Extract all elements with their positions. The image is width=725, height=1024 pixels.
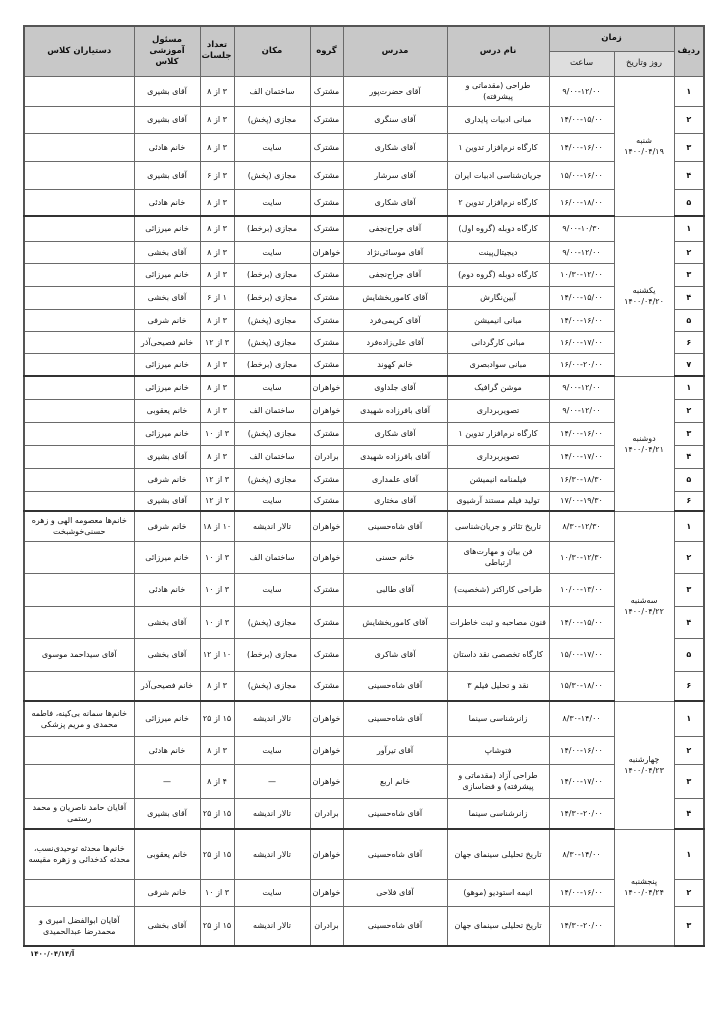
course-cell: فنون مصاحبه و ثبت خاطرات — [447, 606, 549, 638]
time-cell: ۱۴/۰۰-۱۶/۰۰ — [549, 133, 614, 161]
row-number: ۲ — [674, 879, 704, 906]
day-name: یکشنبه — [617, 285, 672, 296]
row-number: ۱ — [674, 701, 704, 736]
sessions-cell: ۳ از ۸ — [200, 76, 234, 106]
teacher-cell: آقای شاه‌حسینی — [343, 829, 447, 879]
header-hour: ساعت — [549, 51, 614, 76]
day-date: ۱۴۰۰/۰۴/۲۰ — [617, 296, 672, 307]
assistants-cell — [24, 133, 134, 161]
table-row: ۶۱۵/۳۰-۱۸/۰۰نقد و تحلیل فیلم ۳آقای شاه‌ح… — [24, 671, 704, 701]
group-cell: مشترک — [310, 286, 343, 309]
sessions-cell: ۳ از ۸ — [200, 736, 234, 764]
teacher-cell: خانم کهوند — [343, 353, 447, 376]
place-cell: مجازی (پخش) — [234, 161, 310, 189]
group-cell: خواهران — [310, 241, 343, 263]
day-date-cell: چهارشنبه۱۴۰۰/۰۴/۲۳ — [614, 701, 674, 829]
table-row: ۲۹/۰۰-۱۲/۰۰تصویربرداریآقای بافرزاده شهید… — [24, 399, 704, 422]
group-cell: خواهران — [310, 736, 343, 764]
place-cell: ساختمان الف — [234, 541, 310, 573]
sessions-cell: ۱۵ از ۲۵ — [200, 798, 234, 829]
row-number: ۳ — [674, 422, 704, 445]
table-row: ۲۱۰/۳۰-۱۲/۳۰فن بیان و مهارت‌های ارتباطیخ… — [24, 541, 704, 573]
assistants-cell — [24, 331, 134, 353]
responsible-cell: آقای بشیری — [134, 161, 200, 189]
time-cell: ۱۴/۰۰-۱۶/۰۰ — [549, 422, 614, 445]
row-number: ۲ — [674, 241, 704, 263]
course-cell: جریان‌شناسی ادبیات ایران — [447, 161, 549, 189]
teacher-cell: خانم حسنی — [343, 541, 447, 573]
table-row: ۴۱۴/۰۰-۱۵/۰۰آیین‌نگارشآقای کاموربخشایشمش… — [24, 286, 704, 309]
assistants-cell — [24, 764, 134, 798]
group-cell: برادران — [310, 445, 343, 468]
responsible-cell: خانم میرزائی — [134, 216, 200, 241]
row-number: ۱ — [674, 511, 704, 541]
assistants-cell — [24, 241, 134, 263]
header-sessions: تعداد جلسات — [200, 26, 234, 76]
table-row: ۱دوشنبه۱۴۰۰/۰۴/۲۱۹/۰۰-۱۲/۰۰موشن گرافیکآق… — [24, 376, 704, 399]
row-number: ۲ — [674, 106, 704, 133]
assistants-cell — [24, 671, 134, 701]
group-cell: خواهران — [310, 376, 343, 399]
responsible-cell: خانم شرفی — [134, 468, 200, 491]
time-cell: ۱۶/۰۰-۱۷/۰۰ — [549, 331, 614, 353]
group-cell: مشترک — [310, 468, 343, 491]
course-cell: تصویربرداری — [447, 445, 549, 468]
place-cell: سایت — [234, 376, 310, 399]
course-cell: تاریخ تحلیلی سینمای جهان — [447, 829, 549, 879]
sessions-cell: ۱۰ از ۱۸ — [200, 511, 234, 541]
course-cell: تصویربرداری — [447, 399, 549, 422]
course-cell: تاریخ تئاتر و جریان‌شناسی — [447, 511, 549, 541]
sessions-cell: ۳ از ۸ — [200, 189, 234, 216]
sessions-cell: ۳ از ۱۲ — [200, 331, 234, 353]
teacher-cell: خانم اربع — [343, 764, 447, 798]
sessions-cell: ۳ از ۱۲ — [200, 468, 234, 491]
table-row: ۵۱۶/۰۰-۱۸/۰۰کارگاه نرم‌افزار تدوین ۲آقای… — [24, 189, 704, 216]
table-row: ۳۱۴/۰۰-۱۷/۰۰طراحی آزاد (مقدماتی و پیشرفت… — [24, 764, 704, 798]
group-cell: مشترک — [310, 309, 343, 331]
place-cell: مجازی (پخش) — [234, 422, 310, 445]
assistants-cell: آقای سیداحمد موسوی — [24, 638, 134, 671]
group-cell: مشترک — [310, 606, 343, 638]
time-cell: ۱۷/۰۰-۱۹/۳۰ — [549, 491, 614, 511]
place-cell: مجازی (پخش) — [234, 468, 310, 491]
course-cell: تولید فیلم مستند آرشیوی — [447, 491, 549, 511]
place-cell: تالار اندیشه — [234, 829, 310, 879]
group-cell: خواهران — [310, 829, 343, 879]
responsible-cell: آقای بخشی — [134, 906, 200, 946]
place-cell: مجازی (برخط) — [234, 638, 310, 671]
sessions-cell: ۱۵ از ۲۵ — [200, 701, 234, 736]
table-row: ۴۱۴/۰۰-۱۵/۰۰فنون مصاحبه و ثبت خاطراتآقای… — [24, 606, 704, 638]
sessions-cell: ۳ از ۶ — [200, 161, 234, 189]
row-number: ۲ — [674, 399, 704, 422]
table-row: ۱یکشنبه۱۴۰۰/۰۴/۲۰۹/۰۰-۱۰/۳۰کارگاه دوبله … — [24, 216, 704, 241]
row-number: ۴ — [674, 606, 704, 638]
day-name: سه‌شنبه — [617, 595, 672, 606]
table-row: ۳۱۰/۰۰-۱۳/۰۰طراحی کاراکتر (شخصیت)آقای طا… — [24, 573, 704, 606]
teacher-cell: آقای کریمی‌فرد — [343, 309, 447, 331]
responsible-cell: خانم هادئی — [134, 189, 200, 216]
group-cell: مشترک — [310, 263, 343, 286]
time-cell: ۸/۳۰-۱۴/۰۰ — [549, 829, 614, 879]
place-cell: مجازی (برخط) — [234, 263, 310, 286]
row-number: ۵ — [674, 189, 704, 216]
row-number: ۴ — [674, 286, 704, 309]
place-cell: مجازی (پخش) — [234, 606, 310, 638]
table-row: ۱سه‌شنبه۱۴۰۰/۰۴/۲۲۸/۳۰-۱۲/۳۰تاریخ تئاتر … — [24, 511, 704, 541]
time-cell: ۱۴/۰۰-۱۶/۰۰ — [549, 879, 614, 906]
responsible-cell: آقای بشیری — [134, 106, 200, 133]
responsible-cell: آقای بخشی — [134, 286, 200, 309]
day-date: ۱۴۰۰/۰۴/۲۳ — [617, 765, 672, 776]
teacher-cell: آقای سنگری — [343, 106, 447, 133]
course-cell: کارگاه نرم‌افزار تدوین ۲ — [447, 189, 549, 216]
time-cell: ۱۴/۰۰-۱۵/۰۰ — [549, 106, 614, 133]
course-cell: کارگاه نرم‌افزار تدوین ۱ — [447, 133, 549, 161]
header-day-date: روز وتاریخ — [614, 51, 674, 76]
row-number: ۲ — [674, 736, 704, 764]
teacher-cell: آقای علی‌زاده‌فرد — [343, 331, 447, 353]
teacher-cell: آقای فلاحی — [343, 879, 447, 906]
assistants-cell — [24, 468, 134, 491]
responsible-cell: — — [134, 764, 200, 798]
table-row: ۲۱۴/۰۰-۱۵/۰۰مبانی ادبیات پایداریآقای سنگ… — [24, 106, 704, 133]
teacher-cell: آقای جراح‌نجفی — [343, 216, 447, 241]
group-cell: مشترک — [310, 161, 343, 189]
responsible-cell: خانم میرزائی — [134, 376, 200, 399]
row-number: ۱ — [674, 829, 704, 879]
sessions-cell: ۳ از ۸ — [200, 133, 234, 161]
place-cell: مجازی (برخط) — [234, 216, 310, 241]
row-number: ۱ — [674, 76, 704, 106]
day-name: شنبه — [617, 135, 672, 146]
time-cell: ۱۴/۳۰-۲۰/۰۰ — [549, 798, 614, 829]
row-number: ۳ — [674, 573, 704, 606]
table-header: ردیف زمان نام درس مدرس گروه مکان تعداد ج… — [24, 26, 704, 76]
group-cell: مشترک — [310, 106, 343, 133]
header-time: زمان — [549, 26, 674, 51]
assistants-cell — [24, 399, 134, 422]
place-cell: مجازی (پخش) — [234, 671, 310, 701]
responsible-cell: خانم هادئی — [134, 133, 200, 161]
row-number: ۴ — [674, 445, 704, 468]
time-cell: ۱۴/۰۰-۱۷/۰۰ — [549, 445, 614, 468]
place-cell: تالار اندیشه — [234, 701, 310, 736]
sessions-cell: ۲ از ۱۲ — [200, 491, 234, 511]
header-teacher: مدرس — [343, 26, 447, 76]
responsible-cell: آقای بشیری — [134, 445, 200, 468]
teacher-cell: آقای جراح‌نجفی — [343, 263, 447, 286]
assistants-cell — [24, 263, 134, 286]
table-row: ۲۱۴/۰۰-۱۶/۰۰انیمه استودیو (موهو)آقای فلا… — [24, 879, 704, 906]
row-number: ۶ — [674, 331, 704, 353]
table-row: ۶۱۷/۰۰-۱۹/۳۰تولید فیلم مستند آرشیویآقای … — [24, 491, 704, 511]
group-cell: مشترک — [310, 422, 343, 445]
day-date: ۱۴۰۰/۰۴/۲۱ — [617, 444, 672, 455]
teacher-cell: آقای شاه‌حسینی — [343, 671, 447, 701]
row-number: ۵ — [674, 468, 704, 491]
responsible-cell: خانم شرفی — [134, 879, 200, 906]
group-cell: خواهران — [310, 879, 343, 906]
sessions-cell: ۳ از ۸ — [200, 445, 234, 468]
table-row: ۵۱۶/۳۰-۱۸/۳۰فیلمنامه انیمیشنآقای علمداری… — [24, 468, 704, 491]
row-number: ۳ — [674, 263, 704, 286]
time-cell: ۱۶/۰۰-۲۰/۰۰ — [549, 353, 614, 376]
group-cell: مشترک — [310, 353, 343, 376]
responsible-cell: خانم میرزائی — [134, 353, 200, 376]
assistants-cell — [24, 736, 134, 764]
group-cell: مشترک — [310, 216, 343, 241]
day-name: دوشنبه — [617, 433, 672, 444]
assistants-cell — [24, 189, 134, 216]
place-cell: — — [234, 764, 310, 798]
table-row: ۳۱۴/۳۰-۲۰/۰۰تاریخ تحلیلی سینمای جهانآقای… — [24, 906, 704, 946]
sessions-cell: ۳ از ۸ — [200, 399, 234, 422]
time-cell: ۱۴/۰۰-۱۶/۰۰ — [549, 309, 614, 331]
time-cell: ۹/۰۰-۱۰/۳۰ — [549, 216, 614, 241]
sessions-cell: ۱۵ از ۲۵ — [200, 829, 234, 879]
place-cell: مجازی (برخط) — [234, 353, 310, 376]
table-row: ۶۱۶/۰۰-۱۷/۰۰مبانی کارگردانیآقای علی‌زاده… — [24, 331, 704, 353]
row-number: ۴ — [674, 161, 704, 189]
sessions-cell: ۳ از ۱۰ — [200, 879, 234, 906]
table-row: ۳۱۴/۰۰-۱۶/۰۰کارگاه نرم‌افزار تدوین ۱آقای… — [24, 422, 704, 445]
place-cell: ساختمان الف — [234, 76, 310, 106]
day-date: ۱۴۰۰/۰۴/۲۴ — [617, 887, 672, 898]
course-cell: انیمه استودیو (موهو) — [447, 879, 549, 906]
time-cell: ۹/۰۰-۱۲/۰۰ — [549, 76, 614, 106]
assistants-cell — [24, 286, 134, 309]
time-cell: ۱۵/۰۰-۱۶/۰۰ — [549, 161, 614, 189]
teacher-cell: آقای بافرزاده شهیدی — [343, 445, 447, 468]
assistants-cell — [24, 309, 134, 331]
sessions-cell: ۳ از ۸ — [200, 309, 234, 331]
assistants-cell — [24, 573, 134, 606]
table-row: ۳۱۴/۰۰-۱۶/۰۰کارگاه نرم‌افزار تدوین ۱آقای… — [24, 133, 704, 161]
day-name: چهارشنبه — [617, 754, 672, 765]
responsible-cell: آقای بخشی — [134, 606, 200, 638]
responsible-cell: خانم فصیحی‌آذر — [134, 671, 200, 701]
row-number: ۳ — [674, 764, 704, 798]
time-cell: ۱۵/۳۰-۱۸/۰۰ — [549, 671, 614, 701]
place-cell: تالار اندیشه — [234, 906, 310, 946]
time-cell: ۹/۰۰-۱۲/۰۰ — [549, 376, 614, 399]
assistants-cell — [24, 376, 134, 399]
group-cell: مشترک — [310, 491, 343, 511]
group-cell: برادران — [310, 798, 343, 829]
row-number: ۱ — [674, 376, 704, 399]
course-cell: مبانی سوادبصری — [447, 353, 549, 376]
group-cell: خواهران — [310, 399, 343, 422]
day-date: ۱۴۰۰/۰۴/۲۲ — [617, 606, 672, 617]
teacher-cell: آقای جلداوی — [343, 376, 447, 399]
time-cell: ۱۵/۰۰-۱۷/۰۰ — [549, 638, 614, 671]
day-name: پنجشنبه — [617, 876, 672, 887]
assistants-cell: آقایان حامد ناصریان و محمد رستمی — [24, 798, 134, 829]
course-cell: طراحی (مقدماتی و پیشرفته) — [447, 76, 549, 106]
sessions-cell: ۳ از ۸ — [200, 216, 234, 241]
time-cell: ۱۴/۰۰-۱۷/۰۰ — [549, 764, 614, 798]
table-row: ۵۱۵/۰۰-۱۷/۰۰کارگاه تخصصی نقد داستانآقای … — [24, 638, 704, 671]
group-cell: برادران — [310, 906, 343, 946]
teacher-cell: آقای شاه‌حسینی — [343, 701, 447, 736]
course-cell: مبانی انیمیشن — [447, 309, 549, 331]
group-cell: خواهران — [310, 511, 343, 541]
time-cell: ۱۰/۳۰-۱۲/۰۰ — [549, 263, 614, 286]
group-cell: مشترک — [310, 76, 343, 106]
responsible-cell: آقای بشیری — [134, 76, 200, 106]
assistants-cell: آقایان ابوالفضل امیری و محمدرضا عبدالحمی… — [24, 906, 134, 946]
place-cell: تالار اندیشه — [234, 798, 310, 829]
place-cell: مجازی (برخط) — [234, 286, 310, 309]
place-cell: مجازی (پخش) — [234, 106, 310, 133]
sessions-cell: ۳ از ۸ — [200, 106, 234, 133]
responsible-cell: خانم شرفی — [134, 511, 200, 541]
teacher-cell: آقای علمداری — [343, 468, 447, 491]
table-row: ۱شنبه۱۴۰۰/۰۴/۱۹۹/۰۰-۱۲/۰۰طراحی (مقدماتی … — [24, 76, 704, 106]
header-place: مکان — [234, 26, 310, 76]
assistants-cell — [24, 445, 134, 468]
table-row: ۲۱۴/۰۰-۱۶/۰۰فتوشاپآقای تیرآورخواهرانسایت… — [24, 736, 704, 764]
group-cell: مشترک — [310, 671, 343, 701]
time-cell: ۱۶/۰۰-۱۸/۰۰ — [549, 189, 614, 216]
header-responsible: مسئول آموزشی کلاس — [134, 26, 200, 76]
teacher-cell: آقای شکاری — [343, 422, 447, 445]
day-date-cell: شنبه۱۴۰۰/۰۴/۱۹ — [614, 76, 674, 216]
table-row: ۴۱۴/۳۰-۲۰/۰۰زانرشناسی سینماآقای شاه‌حسین… — [24, 798, 704, 829]
row-number: ۶ — [674, 671, 704, 701]
schedule-page: ردیف زمان نام درس مدرس گروه مکان تعداد ج… — [23, 25, 703, 947]
group-cell: مشترک — [310, 331, 343, 353]
sessions-cell: ۱۵ از ۲۵ — [200, 906, 234, 946]
place-cell: سایت — [234, 133, 310, 161]
course-cell: تاریخ تحلیلی سینمای جهان — [447, 906, 549, 946]
place-cell: ساختمان الف — [234, 445, 310, 468]
teacher-cell: آقای شاه‌حسینی — [343, 798, 447, 829]
responsible-cell: خانم شرفی — [134, 309, 200, 331]
course-cell: زانرشناسی سینما — [447, 701, 549, 736]
sessions-cell: ۳ از ۸ — [200, 353, 234, 376]
place-cell: تالار اندیشه — [234, 511, 310, 541]
time-cell: ۹/۰۰-۱۲/۰۰ — [549, 399, 614, 422]
teacher-cell: آقای بافرزاده شهیدی — [343, 399, 447, 422]
course-cell: طراحی کاراکتر (شخصیت) — [447, 573, 549, 606]
class-schedule-table: ردیف زمان نام درس مدرس گروه مکان تعداد ج… — [23, 25, 705, 947]
sessions-cell: ۳ از ۸ — [200, 671, 234, 701]
place-cell: ساختمان الف — [234, 399, 310, 422]
responsible-cell: خانم یعقوبی — [134, 829, 200, 879]
assistants-cell — [24, 879, 134, 906]
day-date-cell: دوشنبه۱۴۰۰/۰۴/۲۱ — [614, 376, 674, 511]
course-cell: مبانی کارگردانی — [447, 331, 549, 353]
course-cell: فن بیان و مهارت‌های ارتباطی — [447, 541, 549, 573]
time-cell: ۱۰/۰۰-۱۳/۰۰ — [549, 573, 614, 606]
teacher-cell: آقای شاکری — [343, 638, 447, 671]
group-cell: خواهران — [310, 541, 343, 573]
sessions-cell: ۳ از ۱۰ — [200, 541, 234, 573]
assistants-cell: خانم‌ها محدثه توحیدی‌نسب، محدثه کدخدائی … — [24, 829, 134, 879]
table-row: ۵۱۴/۰۰-۱۶/۰۰مبانی انیمیشنآقای کریمی‌فردم… — [24, 309, 704, 331]
sessions-cell: ۱۰ از ۱۲ — [200, 638, 234, 671]
table-row: ۱پنجشنبه۱۴۰۰/۰۴/۲۴۸/۳۰-۱۴/۰۰تاریخ تحلیلی… — [24, 829, 704, 879]
teacher-cell: آقای موسائی‌نژاد — [343, 241, 447, 263]
teacher-cell: آقای شاه‌حسینی — [343, 906, 447, 946]
time-cell: ۸/۳۰-۱۴/۰۰ — [549, 701, 614, 736]
time-cell: ۹/۰۰-۱۲/۰۰ — [549, 241, 614, 263]
assistants-cell — [24, 606, 134, 638]
day-date-cell: سه‌شنبه۱۴۰۰/۰۴/۲۲ — [614, 511, 674, 701]
day-date-cell: پنجشنبه۱۴۰۰/۰۴/۲۴ — [614, 829, 674, 946]
teacher-cell: آقای شاه‌حسینی — [343, 511, 447, 541]
teacher-cell: آقای تیرآور — [343, 736, 447, 764]
responsible-cell: آقای بخشی — [134, 241, 200, 263]
time-cell: ۱۰/۳۰-۱۲/۳۰ — [549, 541, 614, 573]
course-cell: مبانی ادبیات پایداری — [447, 106, 549, 133]
teacher-cell: آقای کاموربخشایش — [343, 286, 447, 309]
time-cell: ۱۴/۰۰-۱۵/۰۰ — [549, 606, 614, 638]
responsible-cell: خانم میرزائی — [134, 263, 200, 286]
course-cell: زانرشناسی سینما — [447, 798, 549, 829]
teacher-cell: آقای مختاری — [343, 491, 447, 511]
place-cell: سایت — [234, 879, 310, 906]
header-row-no: ردیف — [674, 26, 704, 76]
course-cell: موشن گرافیک — [447, 376, 549, 399]
header-assistants: دستیاران کلاس — [24, 26, 134, 76]
sessions-cell: ۳ از ۱۰ — [200, 606, 234, 638]
time-cell: ۸/۳۰-۱۲/۳۰ — [549, 511, 614, 541]
teacher-cell: آقای شکاری — [343, 133, 447, 161]
header-group: گروه — [310, 26, 343, 76]
table-row: ۳۱۰/۳۰-۱۲/۰۰کارگاه دوبله (گروه دوم)آقای … — [24, 263, 704, 286]
table-body: ۱شنبه۱۴۰۰/۰۴/۱۹۹/۰۰-۱۲/۰۰طراحی (مقدماتی … — [24, 76, 704, 946]
row-number: ۶ — [674, 491, 704, 511]
group-cell: خواهران — [310, 764, 343, 798]
sessions-cell: ۳ از ۱۰ — [200, 422, 234, 445]
responsible-cell: خانم میرزائی — [134, 701, 200, 736]
group-cell: مشترک — [310, 573, 343, 606]
time-cell: ۱۴/۰۰-۱۶/۰۰ — [549, 736, 614, 764]
assistants-cell — [24, 541, 134, 573]
table-row: ۷۱۶/۰۰-۲۰/۰۰مبانی سوادبصریخانم کهوندمشتر… — [24, 353, 704, 376]
place-cell: سایت — [234, 573, 310, 606]
assistants-cell — [24, 106, 134, 133]
sessions-cell: ۳ از ۱۰ — [200, 573, 234, 606]
responsible-cell: آقای بشیری — [134, 798, 200, 829]
assistants-cell: خانم‌ها معصومه الهی و زهره حسنی‌خوشبخت — [24, 511, 134, 541]
course-cell: دیجیتال‌پینت — [447, 241, 549, 263]
time-cell: ۱۴/۳۰-۲۰/۰۰ — [549, 906, 614, 946]
place-cell: سایت — [234, 189, 310, 216]
table-row: ۴۱۵/۰۰-۱۶/۰۰جریان‌شناسی ادبیات ایرانآقای… — [24, 161, 704, 189]
sessions-cell: ۳ از ۸ — [200, 376, 234, 399]
course-cell: فتوشاپ — [447, 736, 549, 764]
teacher-cell: آقای سرشار — [343, 161, 447, 189]
assistants-cell — [24, 353, 134, 376]
row-number: ۷ — [674, 353, 704, 376]
sessions-cell: ۴ از ۸ — [200, 764, 234, 798]
course-cell: کارگاه دوبله (گروه دوم) — [447, 263, 549, 286]
place-cell: مجازی (پخش) — [234, 309, 310, 331]
sessions-cell: ۳ از ۸ — [200, 241, 234, 263]
row-number: ۳ — [674, 906, 704, 946]
row-number: ۵ — [674, 309, 704, 331]
course-cell: فیلمنامه انیمیشن — [447, 468, 549, 491]
group-cell: مشترک — [310, 133, 343, 161]
course-cell: کارگاه تخصصی نقد داستان — [447, 638, 549, 671]
table-row: ۴۱۴/۰۰-۱۷/۰۰تصویربرداریآقای بافرزاده شهی… — [24, 445, 704, 468]
row-number: ۱ — [674, 216, 704, 241]
